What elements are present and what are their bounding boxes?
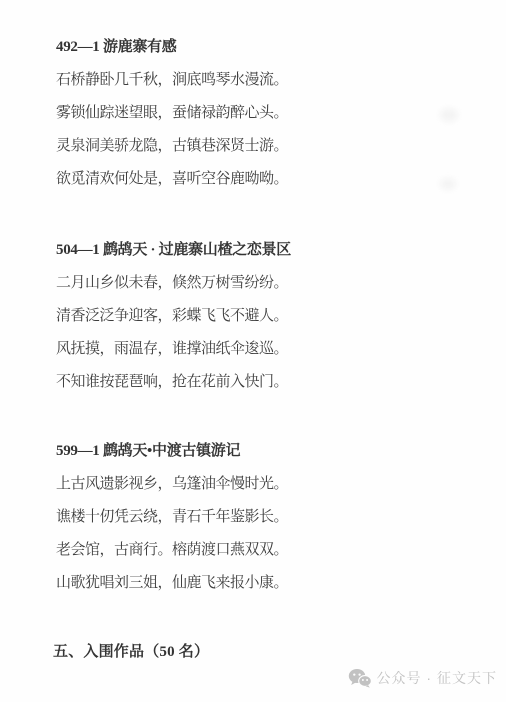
poem-line: 山歌犹唱刘三姐，仙鹿飞来报小康。: [56, 574, 288, 592]
poem-line: 风抚摸，雨温存，谁撑油纸伞逡巡。: [56, 340, 291, 358]
poem-line: 雾锁仙踪迷望眼，蚕储禄韵醉心头。: [56, 104, 288, 122]
poem-block-599: 599—1 鹧鸪天•中渡古镇游记 上古风遗影视乡，乌篷油伞慢时光。 谯楼十仞凭云…: [56, 442, 288, 592]
poem-line: 二月山乡似未春，倏然万树雪纷纷。: [56, 274, 291, 292]
watermark: 公众号 · 征文天下: [348, 668, 497, 688]
scan-smudge: [440, 108, 458, 122]
watermark-text: 公众号 · 征文天下: [377, 668, 497, 688]
document-page: 492—1 游鹿寨有感 石桥静卧几千秋，涧底鸣琴水漫流。 雾锁仙踪迷望眼，蚕储禄…: [0, 0, 506, 702]
poem-line: 老会馆，古商行。榕荫渡口燕双双。: [56, 541, 288, 559]
poem-line: 谯楼十仞凭云绕，青石千年鉴影长。: [56, 508, 288, 526]
scan-smudge: [440, 178, 456, 190]
poem-line: 不知谁按琵琶响，抢在花前入快门。: [56, 373, 291, 391]
poem-title: 492—1 游鹿寨有感: [56, 38, 288, 56]
poem-title: 504—1 鹧鸪天 · 过鹿寨山楂之恋景区: [56, 241, 291, 259]
wechat-icon: [348, 668, 372, 688]
poem-line: 上古风遗影视乡，乌篷油伞慢时光。: [56, 475, 288, 493]
poem-block-504: 504—1 鹧鸪天 · 过鹿寨山楂之恋景区 二月山乡似未春，倏然万树雪纷纷。 清…: [56, 241, 291, 391]
poem-line: 灵泉洞美骄龙隐，古镇巷深贤士游。: [56, 137, 288, 155]
poem-line: 石桥静卧几千秋，涧底鸣琴水漫流。: [56, 71, 288, 89]
poem-title: 599—1 鹧鸪天•中渡古镇游记: [56, 442, 288, 460]
poem-line: 清香泛泛争迎客，彩蝶飞飞不避人。: [56, 307, 291, 325]
poem-line: 欲觅清欢何处是，喜听空谷鹿呦呦。: [56, 170, 288, 188]
section-heading: 五、入围作品（50 名）: [53, 643, 209, 661]
poem-block-492: 492—1 游鹿寨有感 石桥静卧几千秋，涧底鸣琴水漫流。 雾锁仙踪迷望眼，蚕储禄…: [56, 38, 288, 188]
